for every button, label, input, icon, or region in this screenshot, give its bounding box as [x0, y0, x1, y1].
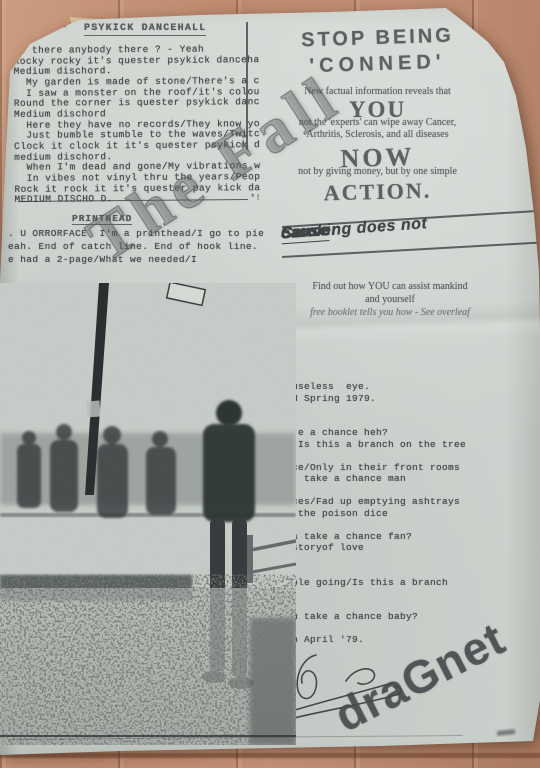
advert-find-line-1: Find out how YOU can assist mankind — [290, 281, 490, 292]
right-column-lyrics: useless eye. H Spring 1979. :e a chance … — [292, 381, 466, 646]
advert-booklet-line: free booklet tells you how - See overlea… — [290, 307, 490, 318]
signature-loop — [297, 655, 316, 699]
fanzine-page: PSYKICK DANCEHALL Is there anybody there… — [0, 0, 540, 768]
song-title-psykick-dancehall: PSYKICK DANCEHALL — [84, 23, 206, 36]
smoking-claim-post: Cancer — [280, 221, 338, 243]
advert-find-line-2: and yourself — [290, 294, 490, 305]
pen-mark — [36, 22, 67, 33]
advert-headline-1: STOP BEING — [285, 24, 471, 53]
band-photo — [0, 283, 296, 745]
rule-below-smoking — [282, 241, 540, 257]
bottom-smudge — [497, 729, 515, 736]
advert-simple-line: not by giving money, but by one simple — [285, 166, 470, 177]
photocopy-grain — [0, 283, 296, 745]
advert-action: ACTION. — [285, 177, 471, 208]
smoking-claim: Smoking does not cause Cancer — [280, 209, 519, 226]
photographed-fanzine-page: PSYKICK DANCEHALL Is there anybody there… — [0, 0, 540, 768]
